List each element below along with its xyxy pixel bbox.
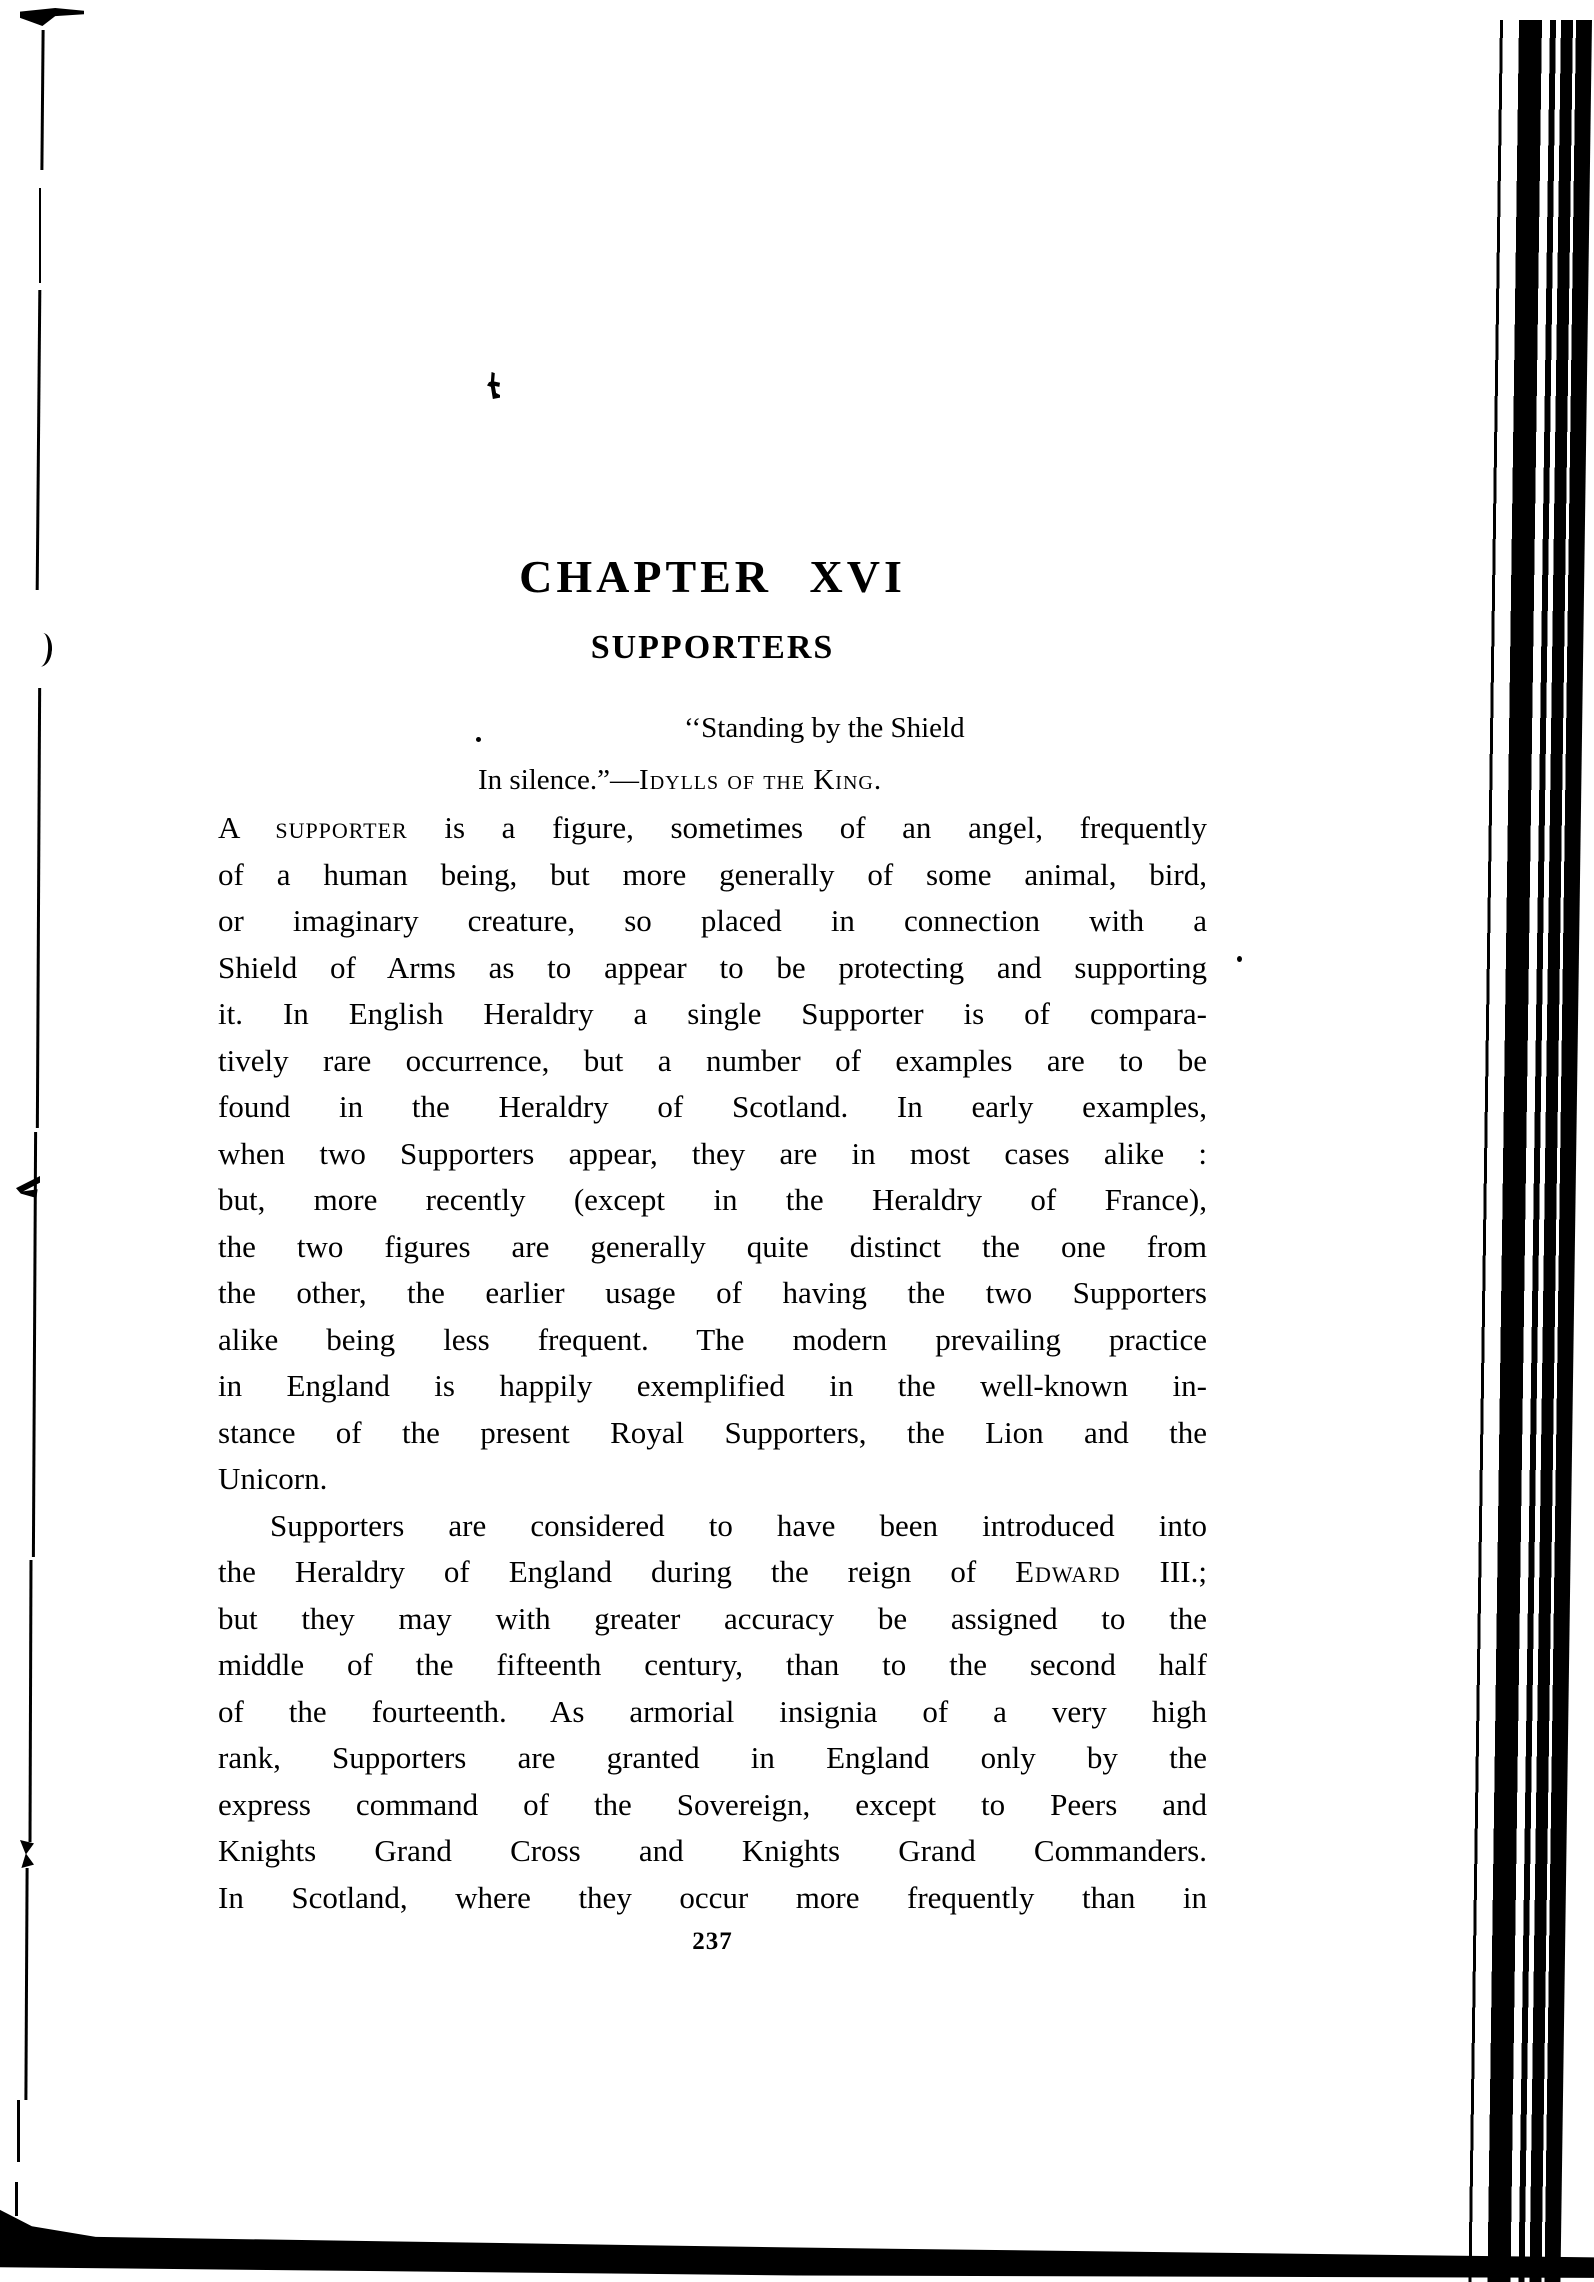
text-run: III.; [1121, 1554, 1207, 1589]
body-text-line: rank, Supporters are granted in England … [218, 1735, 1207, 1782]
dust-speck [476, 737, 481, 742]
body-text-line: it. In English Heraldry a single Support… [218, 991, 1207, 1038]
body-text-line: but they may with greater accuracy be as… [218, 1596, 1207, 1643]
left-edge-line-segment [36, 688, 41, 1128]
small-caps-text: Edward [1015, 1554, 1121, 1589]
body-text-line: express command of the Sovereign, except… [218, 1782, 1207, 1829]
body-text-line: tively rare occurrence, but a number of … [218, 1038, 1207, 1085]
text-run: in England is happily exemplified in the… [218, 1368, 1207, 1403]
text-run: middle of the fifteenth century, than to… [218, 1647, 1207, 1682]
scanned-book-page: CHAPTER XVI SUPPORTERS ‘‘Standing by the… [0, 0, 1594, 2282]
corner-ink-blob [20, 8, 84, 26]
body-text-line: alike being less frequent. The modern pr… [218, 1317, 1207, 1364]
text-run: Knights Grand Cross and Knights Grand Co… [218, 1833, 1207, 1868]
body-text-line: the other, the earlier usage of having t… [218, 1270, 1207, 1317]
text-run: alike being less frequent. The modern pr… [218, 1322, 1207, 1357]
body-text-line: the Heraldry of England during the reign… [218, 1549, 1207, 1596]
body-text-line: A supporter is a figure, sometimes of an… [218, 805, 1207, 852]
left-edge-line-segment [17, 2100, 20, 2162]
body-text-line: of the fourteenth. As armorial insignia … [218, 1689, 1207, 1736]
text-run: express command of the Sovereign, except… [218, 1787, 1207, 1822]
page-number: 237 [218, 1928, 1207, 1956]
body-text-line: Knights Grand Cross and Knights Grand Co… [218, 1828, 1207, 1875]
body-text-line: middle of the fifteenth century, than to… [218, 1642, 1207, 1689]
body-text-line: of a human being, but more generally of … [218, 852, 1207, 899]
text-run: when two Supporters appear, they are in … [218, 1136, 1207, 1171]
text-run: stance of the present Royal Supporters, … [218, 1415, 1207, 1450]
body-text-line: or imaginary creature, so placed in conn… [218, 898, 1207, 945]
left-edge-line-segment [40, 30, 44, 170]
text-run: of a human being, but more generally of … [218, 857, 1207, 892]
body-text-line: Unicorn. [218, 1456, 1207, 1503]
dust-speck [1237, 956, 1242, 962]
left-edge-line-segment [15, 2182, 18, 2216]
body-text-line: in England is happily exemplified in the… [218, 1363, 1207, 1410]
body-text-line: found in the Heraldry of Scotland. In ea… [218, 1084, 1207, 1131]
body-text-line: Shield of Arms as to appear to be protec… [218, 945, 1207, 992]
left-edge-hook-mark [39, 633, 53, 668]
text-run: the Heraldry of England during the reign… [218, 1554, 1015, 1589]
text-run: of the fourteenth. As armorial insignia … [218, 1694, 1207, 1729]
epigraph-line-1: ‘‘Standing by the Shield [684, 712, 965, 745]
body-text-line: Supporters are considered to have been i… [218, 1503, 1207, 1550]
text-run: but they may with greater accuracy be as… [218, 1601, 1207, 1636]
left-edge-line-segment [39, 188, 41, 283]
text-run: In Scotland, where they occur more frequ… [218, 1880, 1207, 1915]
text-run: tively rare occurrence, but a number of … [218, 1043, 1207, 1078]
left-edge-line-segment [36, 290, 42, 590]
text-run: but, more recently (except in the Herald… [218, 1182, 1207, 1217]
epigraph-citation: Idylls of the King. [639, 764, 882, 796]
section-heading: SUPPORTERS [218, 629, 1207, 667]
text-run: rank, Supporters are granted in England … [218, 1740, 1207, 1775]
left-edge-line-segment [24, 1868, 28, 2100]
body-text-line: In Scotland, where they occur more frequ… [218, 1875, 1207, 1922]
body-text-line: but, more recently (except in the Herald… [218, 1177, 1207, 1224]
body-text-line: stance of the present Royal Supporters, … [218, 1410, 1207, 1457]
chapter-heading: CHAPTER XVI [218, 550, 1207, 603]
epigraph-line-2: In silence.”—Idylls of the King. [478, 764, 882, 797]
text-run: it. In English Heraldry a single Support… [218, 996, 1207, 1031]
epigraph-text: In silence.”— [478, 764, 639, 796]
ink-mark [487, 372, 500, 399]
text-run: is a figure, sometimes of an angel, freq… [408, 810, 1207, 845]
page-bottom-edge-shadow [0, 2200, 1594, 2282]
text-run: Unicorn. [218, 1461, 327, 1496]
left-edge-knot-mark [20, 1840, 34, 1868]
body-text-line: when two Supporters appear, they are in … [218, 1131, 1207, 1178]
text-run: found in the Heraldry of Scotland. In ea… [218, 1089, 1207, 1124]
text-run: A [218, 810, 275, 845]
book-binding-edge-stripes [1454, 20, 1592, 2282]
text-run: Supporters are considered to have been i… [270, 1508, 1207, 1543]
left-edge-line-segment [29, 1560, 33, 1842]
text-run: Shield of Arms as to appear to be protec… [218, 950, 1207, 985]
small-caps-text: supporter [275, 810, 407, 845]
body-text-line: the two figures are generally quite dist… [218, 1224, 1207, 1271]
text-run: the two figures are generally quite dist… [218, 1229, 1207, 1264]
body-text: A supporter is a figure, sometimes of an… [218, 805, 1207, 1921]
text-run: or imaginary creature, so placed in conn… [218, 903, 1207, 938]
text-run: the other, the earlier usage of having t… [218, 1275, 1207, 1310]
